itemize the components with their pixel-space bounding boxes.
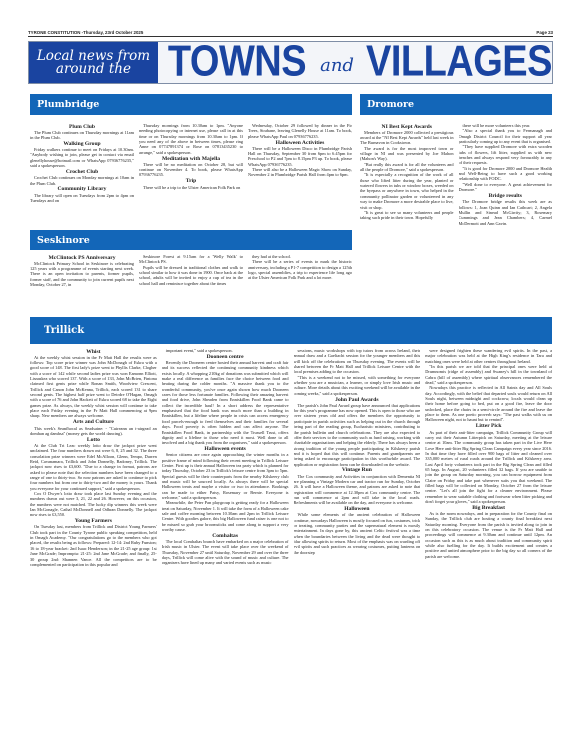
article-column: they had at the school. There will be a …	[248, 254, 352, 311]
dromore-articles: NI Best Kept Awards Members of Dromore 2…	[360, 123, 552, 335]
section-header-seskinore: Seskinore	[30, 230, 352, 250]
seskinore-articles: McClintock PS Anniversary McClintock Pri…	[30, 254, 352, 311]
article-column: Wednesday, October 29 followed by dinner…	[248, 123, 352, 223]
article-column: Seskinore Forest at 9.15am for a 'Welly …	[139, 254, 243, 311]
article-column: Whist At the weekly whist session in the…	[30, 348, 157, 704]
article-column: Plum Club The Plum Club continues on Thu…	[30, 123, 134, 223]
article-column: important event," said a spokesperson. D…	[162, 348, 289, 704]
section-header-plumbridge: Plumbridge	[30, 94, 352, 115]
section-header-dromore: Dromore	[360, 94, 552, 115]
masthead-villages: VILLAGES	[366, 38, 552, 87]
article-column: McClintock PS Anniversary McClintock Pri…	[30, 254, 134, 311]
article-column: were designed frighten these wandering e…	[425, 348, 552, 704]
page-header: TYRONE CONSTITUTION -Thursday, 23rd Octo…	[28, 29, 553, 37]
trillick-articles: Whist At the weekly whist session in the…	[30, 348, 552, 704]
masthead-banner: Local news from around the TOWNS and VIL…	[28, 41, 553, 84]
masthead-towns: TOWNS	[168, 38, 306, 87]
article-column: there will be more volunteers this year.…	[459, 123, 553, 335]
publication-dateline: TYRONE CONSTITUTION -Thursday, 23rd Octo…	[28, 30, 143, 35]
article-column: sessions, music workshops with top tutor…	[294, 348, 421, 704]
article-column: NI Best Kept Awards Members of Dromore 2…	[360, 123, 454, 335]
section-header-trillick: Trillick	[30, 317, 552, 344]
plumbridge-articles: Plum Club The Plum Club continues on Thu…	[30, 123, 352, 223]
page-number: Page 23	[536, 30, 553, 35]
masthead-and: and	[320, 55, 354, 76]
masthead-tagline: Local news from around the	[29, 42, 158, 83]
article-column: Thursday mornings from 10.30am to 1pm. "…	[139, 123, 243, 223]
